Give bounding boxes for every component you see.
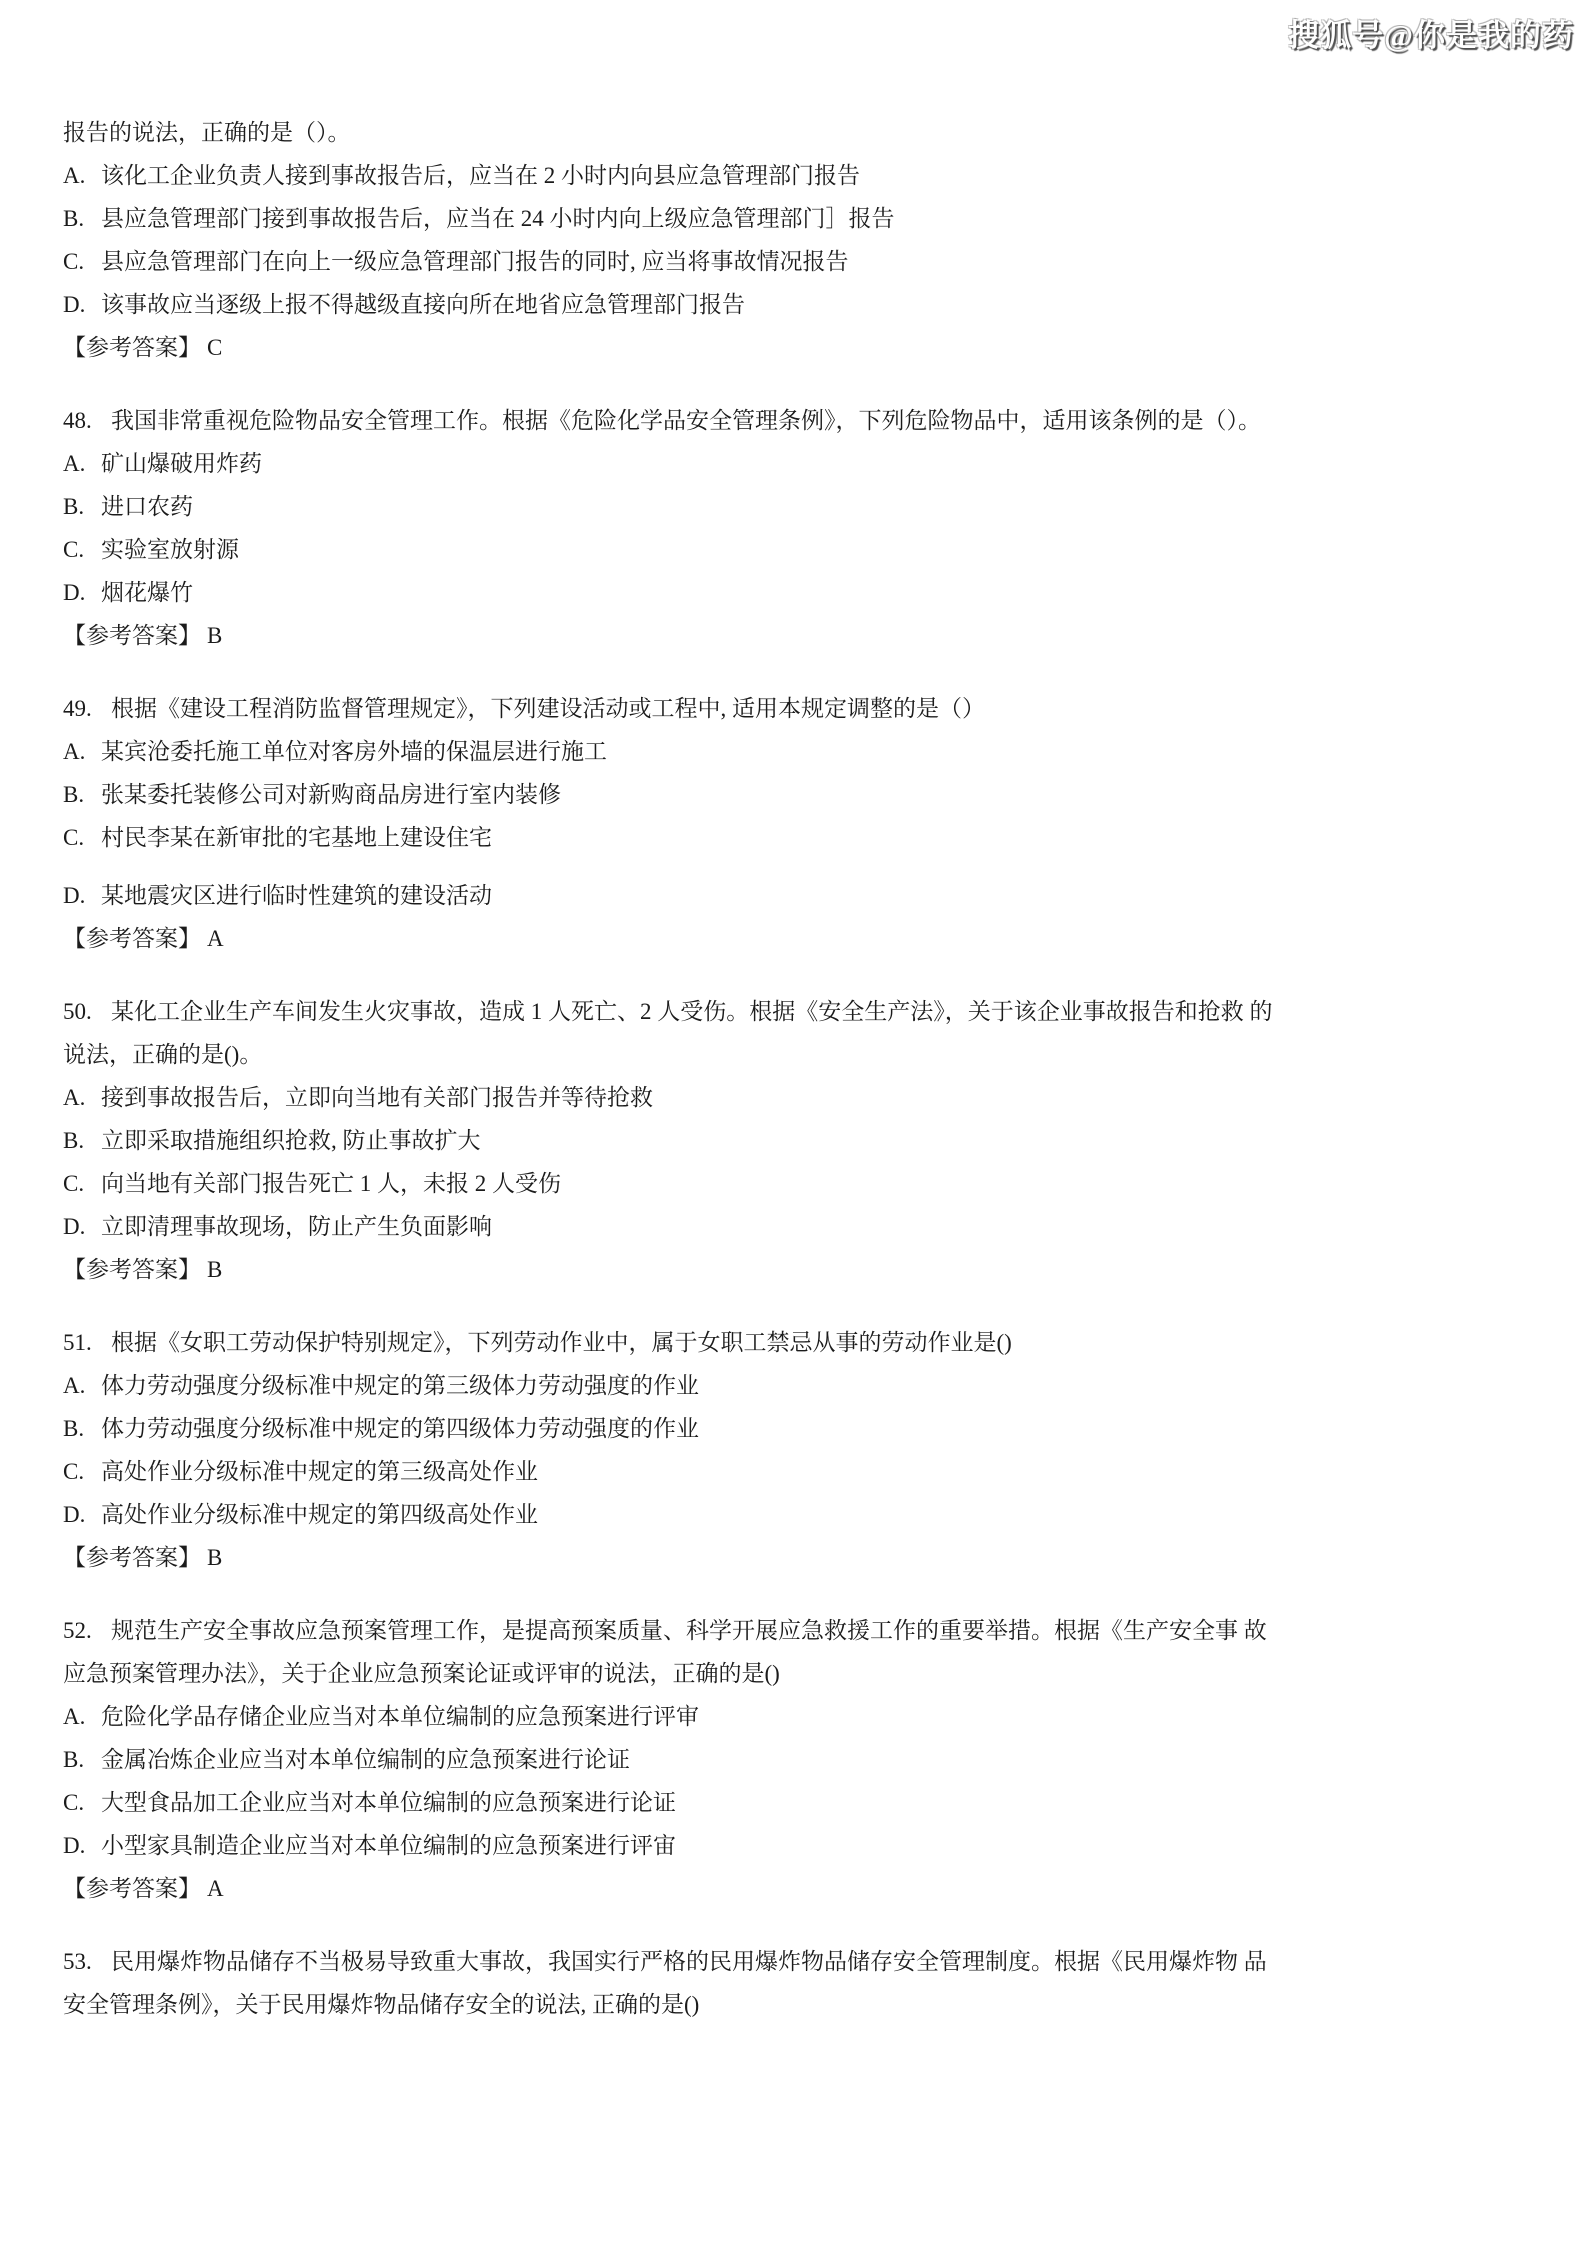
- option-text: 县应急管理部门在向上一级应急管理部门报告的同时, 应当将事故情况报告: [101, 249, 849, 274]
- answer-line: 【参考答案】B: [63, 1255, 1558, 1285]
- option-text: 向当地有关部门报告死亡 1 人，未报 2 人受伤: [101, 1171, 561, 1196]
- option-label: B.: [63, 492, 101, 522]
- option-line: A.该化工企业负责人接到事故报告后，应当在 2 小时内向县应急管理部门报告: [63, 161, 1558, 191]
- option-line: B.张某委托装修公司对新购商品房进行室内装修: [63, 780, 1558, 810]
- question-options: A.接到事故报告后，立即向当地有关部门报告并等待抢救B.立即采取措施组织抢救, …: [63, 1083, 1558, 1242]
- option-label: D.: [63, 881, 101, 911]
- option-label: A.: [63, 1702, 101, 1732]
- option-label: D.: [63, 578, 101, 608]
- question-stem-text: 根据《女职工劳动保护特别规定》，下列劳动作业中，属于女职工禁忌从事的劳动作业是(…: [111, 1330, 1012, 1355]
- option-label: C.: [63, 247, 101, 277]
- question-stem-text: 民用爆炸物品储存不当极易导致重大事故，我国实行严格的民用爆炸物品储存安全管理制度…: [111, 1949, 1267, 1974]
- answer-label: 【参考答案】: [63, 623, 201, 648]
- question-stem-line: 报告的说法，正确的是（）。: [63, 118, 1558, 148]
- option-line: C.大型食品加工企业应当对本单位编制的应急预案进行论证: [63, 1788, 1558, 1818]
- question-number: 53.: [63, 1947, 111, 1977]
- option-label: D.: [63, 1500, 101, 1530]
- question-stem: 53.民用爆炸物品储存不当极易导致重大事故，我国实行严格的民用爆炸物品储存安全管…: [63, 1947, 1558, 2020]
- question-block: 52.规范生产安全事故应急预案管理工作，是提高预案质量、科学开展应急救援工作的重…: [63, 1616, 1558, 1904]
- option-text: 立即采取措施组织抢救, 防止事故扩大: [101, 1128, 481, 1153]
- option-label: B.: [63, 1414, 101, 1444]
- question-stem-line: 51.根据《女职工劳动保护特别规定》，下列劳动作业中，属于女职工禁忌从事的劳动作…: [63, 1328, 1558, 1358]
- question-block: 48.我国非常重视危险物品安全管理工作。根据《危险化学品安全管理条例》，下列危险…: [63, 406, 1558, 651]
- answer-value: A: [201, 1876, 224, 1901]
- option-line: B.县应急管理部门接到事故报告后，应当在 24 小时内向上级应急管理部门］报告: [63, 204, 1558, 234]
- question-stem-line: 49.根据《建设工程消防监督管理规定》，下列建设活动或工程中, 适用本规定调整的…: [63, 694, 1558, 724]
- option-label: D.: [63, 290, 101, 320]
- question-number: 48.: [63, 406, 111, 436]
- option-line: C.村民李某在新审批的宅基地上建设住宅: [63, 823, 1558, 853]
- question-stem-text: 说法，正确的是()。: [63, 1042, 262, 1067]
- answer-line: 【参考答案】A: [63, 1874, 1558, 1904]
- answer-line: 【参考答案】B: [63, 621, 1558, 651]
- questions-container: 报告的说法，正确的是（）。 A.该化工企业负责人接到事故报告后，应当在 2 小时…: [63, 118, 1558, 2020]
- question-number: 52.: [63, 1616, 111, 1646]
- answer-line: 【参考答案】C: [63, 333, 1558, 363]
- question-options: A.该化工企业负责人接到事故报告后，应当在 2 小时内向县应急管理部门报告B.县…: [63, 161, 1558, 320]
- option-text: 张某委托装修公司对新购商品房进行室内装修: [101, 782, 561, 807]
- option-line: D.高处作业分级标准中规定的第四级高处作业: [63, 1500, 1558, 1530]
- option-label: B.: [63, 1745, 101, 1775]
- option-line: A.矿山爆破用炸药: [63, 449, 1558, 479]
- option-label: A.: [63, 1083, 101, 1113]
- option-line: A.体力劳动强度分级标准中规定的第三级体力劳动强度的作业: [63, 1371, 1558, 1401]
- option-line: D.某地震灾区进行临时性建筑的建设活动: [63, 881, 1558, 911]
- question-stem-line: 53.民用爆炸物品储存不当极易导致重大事故，我国实行严格的民用爆炸物品储存安全管…: [63, 1947, 1558, 1977]
- option-text: 某宾沧委托施工单位对客房外墙的保温层进行施工: [101, 739, 607, 764]
- option-label: D.: [63, 1831, 101, 1861]
- option-line: C.高处作业分级标准中规定的第三级高处作业: [63, 1457, 1558, 1487]
- option-line: A.某宾沧委托施工单位对客房外墙的保温层进行施工: [63, 737, 1558, 767]
- option-text: 该化工企业负责人接到事故报告后，应当在 2 小时内向县应急管理部门报告: [101, 163, 860, 188]
- option-text: 体力劳动强度分级标准中规定的第四级体力劳动强度的作业: [101, 1416, 699, 1441]
- option-label: B.: [63, 780, 101, 810]
- question-stem-text: 某化工企业生产车间发生火灾事故，造成 1 人死亡、2 人受伤。根据《安全生产法》…: [111, 999, 1273, 1024]
- question-block: 53.民用爆炸物品储存不当极易导致重大事故，我国实行严格的民用爆炸物品储存安全管…: [63, 1947, 1558, 2020]
- option-label: A.: [63, 449, 101, 479]
- answer-value: B: [201, 623, 222, 648]
- option-text: 村民李某在新审批的宅基地上建设住宅: [101, 825, 492, 850]
- answer-label: 【参考答案】: [63, 1876, 201, 1901]
- option-text: 小型家具制造企业应当对本单位编制的应急预案进行评宙: [101, 1833, 676, 1858]
- option-line: B.立即采取措施组织抢救, 防止事故扩大: [63, 1126, 1558, 1156]
- question-block: 49.根据《建设工程消防监督管理规定》，下列建设活动或工程中, 适用本规定调整的…: [63, 694, 1558, 954]
- option-label: C.: [63, 535, 101, 565]
- option-text: 高处作业分级标准中规定的第四级高处作业: [101, 1502, 538, 1527]
- answer-label: 【参考答案】: [63, 926, 201, 951]
- question-stem-line: 应急预案管理办法》，关于企业应急预案论证或评审的说法，正确的是(): [63, 1659, 1558, 1689]
- question-stem-text: 规范生产安全事故应急预案管理工作，是提高预案质量、科学开展应急救援工作的重要举措…: [111, 1618, 1267, 1643]
- question-stem-text: 报告的说法，正确的是（）。: [63, 120, 351, 145]
- answer-value: A: [201, 926, 224, 951]
- question-number: 51.: [63, 1328, 111, 1358]
- option-line: D.该事故应当逐级上报不得越级直接向所在地省应急管理部门报告: [63, 290, 1558, 320]
- answer-line: 【参考答案】B: [63, 1543, 1558, 1573]
- option-label: C.: [63, 1169, 101, 1199]
- question-stem-text: 根据《建设工程消防监督管理规定》，下列建设活动或工程中, 适用本规定调整的是（）: [111, 696, 985, 721]
- option-line: A.接到事故报告后，立即向当地有关部门报告并等待抢救: [63, 1083, 1558, 1113]
- option-text: 进口农药: [101, 494, 193, 519]
- option-text: 实验室放射源: [101, 537, 239, 562]
- option-line: D.小型家具制造企业应当对本单位编制的应急预案进行评宙: [63, 1831, 1558, 1861]
- option-text: 烟花爆竹: [101, 580, 193, 605]
- option-label: D.: [63, 1212, 101, 1242]
- option-text: 某地震灾区进行临时性建筑的建设活动: [101, 883, 492, 908]
- question-stem: 50.某化工企业生产车间发生火灾事故，造成 1 人死亡、2 人受伤。根据《安全生…: [63, 997, 1558, 1070]
- option-line: C.县应急管理部门在向上一级应急管理部门报告的同时, 应当将事故情况报告: [63, 247, 1558, 277]
- question-stem: 51.根据《女职工劳动保护特别规定》，下列劳动作业中，属于女职工禁忌从事的劳动作…: [63, 1328, 1558, 1358]
- option-text: 大型食品加工企业应当对本单位编制的应急预案进行论证: [101, 1790, 676, 1815]
- question-stem-line: 52.规范生产安全事故应急预案管理工作，是提高预案质量、科学开展应急救援工作的重…: [63, 1616, 1558, 1646]
- option-text: 该事故应当逐级上报不得越级直接向所在地省应急管理部门报告: [101, 292, 745, 317]
- option-label: A.: [63, 1371, 101, 1401]
- option-label: C.: [63, 1788, 101, 1818]
- option-line: D.立即清理事故现场，防止产生负面影响: [63, 1212, 1558, 1242]
- question-stem-line: 说法，正确的是()。: [63, 1040, 1558, 1070]
- option-line: D.烟花爆竹: [63, 578, 1558, 608]
- answer-value: B: [201, 1257, 222, 1282]
- question-stem-text: 应急预案管理办法》，关于企业应急预案论证或评审的说法，正确的是(): [63, 1661, 780, 1686]
- answer-label: 【参考答案】: [63, 1257, 201, 1282]
- answer-value: B: [201, 1545, 222, 1570]
- option-line: C.实验室放射源: [63, 535, 1558, 565]
- question-stem-line: 安全管理条例》，关于民用爆炸物品储存安全的说法, 正确的是(): [63, 1990, 1558, 2020]
- option-label: B.: [63, 204, 101, 234]
- question-options: A.某宾沧委托施工单位对客房外墙的保温层进行施工B.张某委托装修公司对新购商品房…: [63, 737, 1558, 911]
- option-line: B.体力劳动强度分级标准中规定的第四级体力劳动强度的作业: [63, 1414, 1558, 1444]
- option-label: B.: [63, 1126, 101, 1156]
- question-stem-text: 我国非常重视危险物品安全管理工作。根据《危险化学品安全管理条例》，下列危险物品中…: [111, 408, 1261, 433]
- question-options: A.体力劳动强度分级标准中规定的第三级体力劳动强度的作业B.体力劳动强度分级标准…: [63, 1371, 1558, 1530]
- option-line: B.进口农药: [63, 492, 1558, 522]
- document-page: 搜狐号@你是我的药 报告的说法，正确的是（）。 A.该化工企业负责人接到事故报告…: [0, 0, 1586, 2245]
- option-label: A.: [63, 161, 101, 191]
- answer-value: C: [201, 335, 222, 360]
- question-stem: 49.根据《建设工程消防监督管理规定》，下列建设活动或工程中, 适用本规定调整的…: [63, 694, 1558, 724]
- question-block: 报告的说法，正确的是（）。 A.该化工企业负责人接到事故报告后，应当在 2 小时…: [63, 118, 1558, 363]
- option-label: A.: [63, 737, 101, 767]
- option-text: 接到事故报告后，立即向当地有关部门报告并等待抢救: [101, 1085, 653, 1110]
- question-stem-line: 50.某化工企业生产车间发生火灾事故，造成 1 人死亡、2 人受伤。根据《安全生…: [63, 997, 1558, 1027]
- option-line: B.金属冶炼企业应当对本单位编制的应急预案进行论证: [63, 1745, 1558, 1775]
- answer-label: 【参考答案】: [63, 335, 201, 360]
- question-stem: 报告的说法，正确的是（）。: [63, 118, 1558, 148]
- question-number: 49.: [63, 694, 111, 724]
- option-text: 体力劳动强度分级标准中规定的第三级体力劳动强度的作业: [101, 1373, 699, 1398]
- option-label: C.: [63, 1457, 101, 1487]
- watermark: 搜狐号@你是我的药: [1288, 10, 1574, 55]
- option-text: 高处作业分级标准中规定的第三级高处作业: [101, 1459, 538, 1484]
- answer-label: 【参考答案】: [63, 1545, 201, 1570]
- option-line: C.向当地有关部门报告死亡 1 人，未报 2 人受伤: [63, 1169, 1558, 1199]
- answer-line: 【参考答案】A: [63, 924, 1558, 954]
- option-text: 县应急管理部门接到事故报告后，应当在 24 小时内向上级应急管理部门］报告: [101, 206, 895, 231]
- option-text: 矿山爆破用炸药: [101, 451, 262, 476]
- question-options: A.矿山爆破用炸药B.进口农药C.实验室放射源D.烟花爆竹: [63, 449, 1558, 608]
- question-stem: 52.规范生产安全事故应急预案管理工作，是提高预案质量、科学开展应急救援工作的重…: [63, 1616, 1558, 1689]
- question-stem-text: 安全管理条例》，关于民用爆炸物品储存安全的说法, 正确的是(): [63, 1992, 699, 2017]
- option-text: 金属冶炼企业应当对本单位编制的应急预案进行论证: [101, 1747, 630, 1772]
- option-text: 危险化学品存储企业应当对本单位编制的应急预案进行评审: [101, 1704, 699, 1729]
- question-stem-line: 48.我国非常重视危险物品安全管理工作。根据《危险化学品安全管理条例》，下列危险…: [63, 406, 1558, 436]
- question-number: 50.: [63, 997, 111, 1027]
- question-block: 50.某化工企业生产车间发生火灾事故，造成 1 人死亡、2 人受伤。根据《安全生…: [63, 997, 1558, 1285]
- question-options: A.危险化学品存储企业应当对本单位编制的应急预案进行评审B.金属冶炼企业应当对本…: [63, 1702, 1558, 1861]
- option-text: 立即清理事故现场，防止产生负面影响: [101, 1214, 492, 1239]
- option-line: A.危险化学品存储企业应当对本单位编制的应急预案进行评审: [63, 1702, 1558, 1732]
- question-block: 51.根据《女职工劳动保护特别规定》，下列劳动作业中，属于女职工禁忌从事的劳动作…: [63, 1328, 1558, 1573]
- option-label: C.: [63, 823, 101, 853]
- question-stem: 48.我国非常重视危险物品安全管理工作。根据《危险化学品安全管理条例》，下列危险…: [63, 406, 1558, 436]
